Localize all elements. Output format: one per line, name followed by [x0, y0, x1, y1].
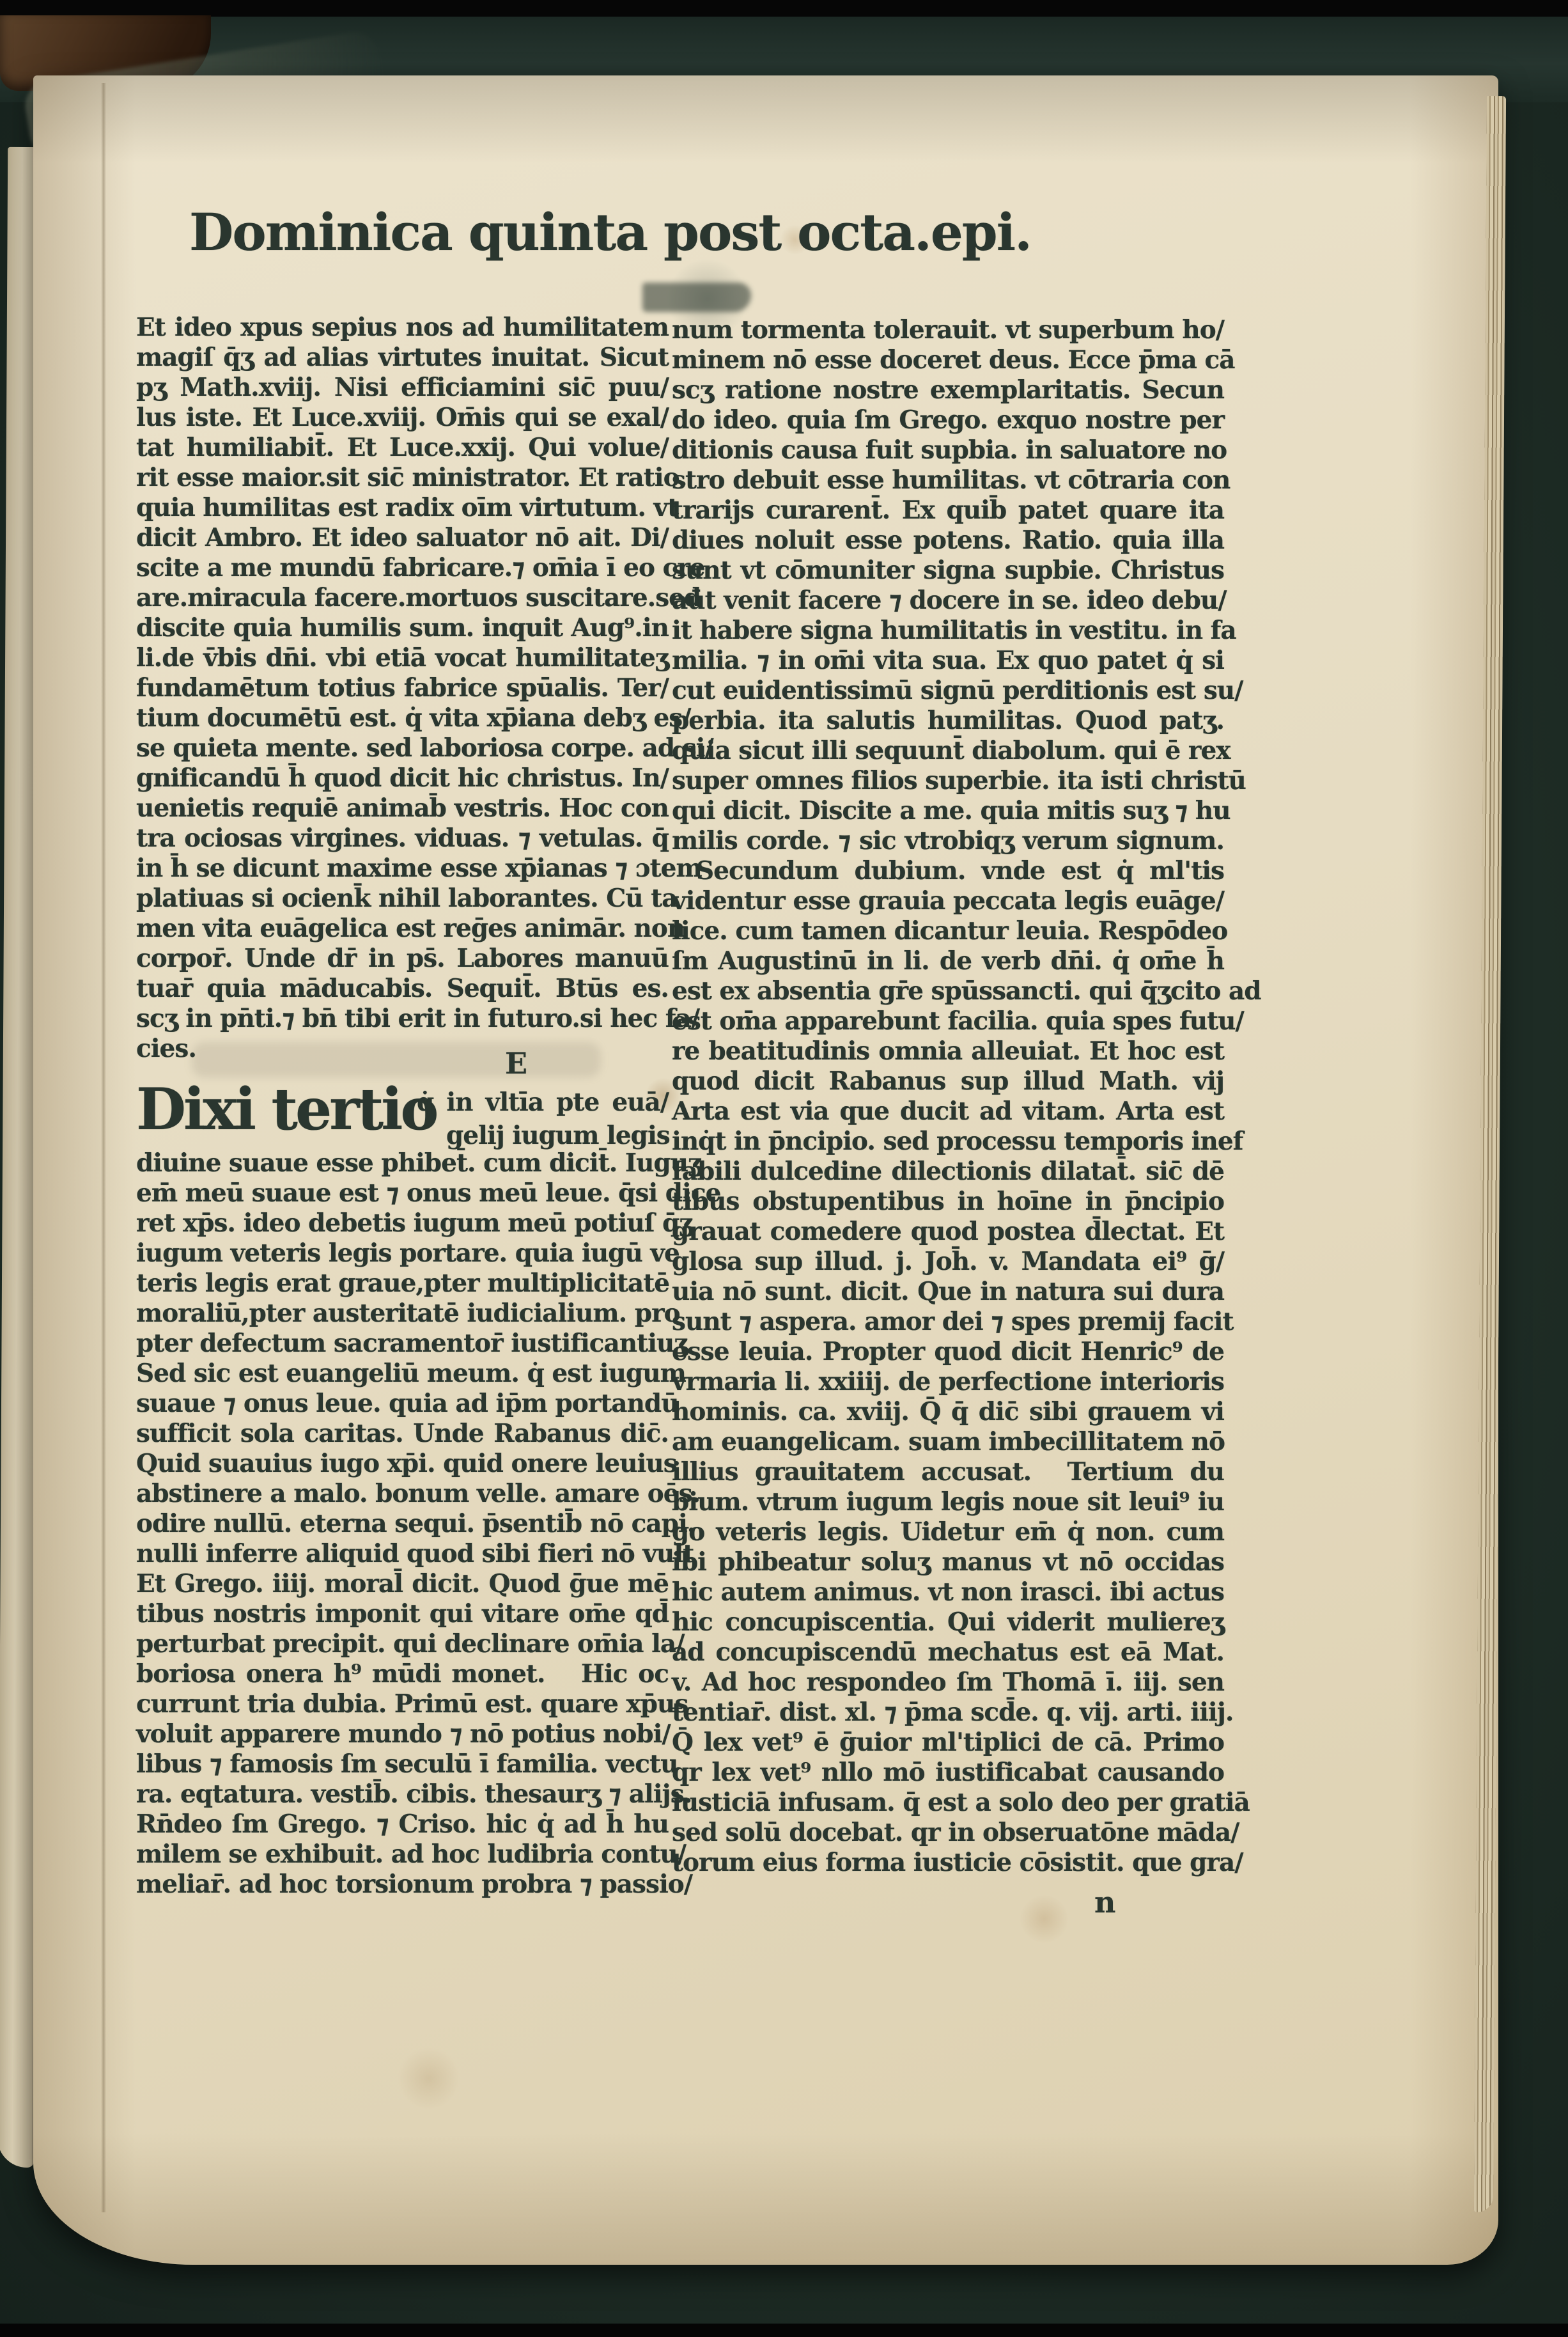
section-heading-sidelines: q̇ in vltīa pte euā/gelij iugum legis: [417, 1086, 669, 1152]
text-line: boriosa onera h⁹ mūdi monet. Hic oc: [136, 1659, 669, 1689]
text-line: fabili dulcedine dilectionis dilatat̄. s…: [672, 1157, 1224, 1187]
text-line: do ideo. quia ſm Grego. exquo nostre per: [672, 405, 1224, 435]
text-line: esse leuia. Propter quod dicit Henric⁹ d…: [672, 1337, 1224, 1367]
text-line: diues noluit esse potens. Ratio. quia il…: [672, 526, 1224, 556]
text-line: tra ociosas virgines. viduas. ⁊ vetulas.…: [136, 824, 669, 854]
text-line: ad concupiscendū mechatus est eā Mat.: [672, 1637, 1224, 1668]
right-column: num tormenta tolerauit. vt superbum ho/m…: [672, 315, 1224, 1878]
text-line: Arta est via que ducit ad vitam. Arta es…: [672, 1097, 1224, 1127]
text-line: minem nō esse doceret deus. Ecce p̄ma c…: [672, 345, 1224, 375]
text-line: scʒ ratione nostre exemplaritatis. Secun: [672, 375, 1224, 405]
page-title: Dominica quinta post octa.epi.: [189, 202, 1031, 262]
text-line: tibus nostris imponit qui vitare om̄e qd…: [136, 1599, 669, 1629]
text-line: tibus obstupentibus in hoīne in p̄ncipi…: [672, 1187, 1224, 1217]
text-line: meliar̄. ad hoc torsionum probra ⁊ passi…: [136, 1870, 669, 1900]
text-line: tentiar̄. dist. xl. ⁊ p̄ma scd̄e. q. vij…: [672, 1698, 1224, 1728]
text-line: fundamētum totius fabrice spūalis. Ter…: [136, 673, 669, 703]
text-line: gelij iugum legis: [417, 1119, 669, 1152]
text-line: est om̄a apparebunt facilia. quia spes f…: [672, 1006, 1224, 1036]
text-line: milis corde. ⁊ sic vtrobiqʒ verum signum…: [672, 826, 1224, 856]
text-line: hic concupiscentia. Qui viderit muliereʒ: [672, 1607, 1224, 1637]
text-line: perturbat precipit. qui declinare om̄ia …: [136, 1629, 669, 1659]
text-line: quod dicit Rabanus sup illud Math. vij: [672, 1067, 1224, 1097]
text-line: voluit apparere mundo ⁊ nō potius nobi/: [136, 1719, 669, 1749]
text-line: tat humiliabit̄. Et Luce.xxij. Qui volue…: [136, 433, 669, 463]
text-line: grauat comedere quod postea d̄lectat. Et: [672, 1217, 1224, 1247]
text-line: v. Ad hoc respondeo ſm Thomā ī. iij. s…: [672, 1668, 1224, 1698]
text-line: libus ⁊ famosis ſm seculū ī familia. v…: [136, 1749, 669, 1779]
text-line: iugum veteris legis portare. quia iugū …: [136, 1239, 669, 1269]
text-line: glosa sup illud. j. Joh̄. v. Mandata ei⁹…: [672, 1247, 1224, 1277]
text-line: q̇ in vltīa pte euā/: [417, 1086, 669, 1119]
scanned-book-photo: Dominica quinta post octa.epi. Et ideo x…: [0, 0, 1568, 2337]
text-line: cut euidentissimū signū perditionis es…: [672, 676, 1224, 706]
text-line: quia humilitas est radix oīm virtutum. …: [136, 493, 669, 523]
text-line: hominis. ca. xviij. Q̄ q̄ dic̄ sibi grau…: [672, 1397, 1224, 1427]
text-line: ibi phibeatur soluʒ manus vt nō occidas: [672, 1547, 1224, 1577]
text-line: Secundum dubium. vnde est q̇ ml'tis: [672, 856, 1224, 886]
text-line: currunt tria dubia. Primū est. quare xp…: [136, 1689, 669, 1719]
text-line: se quieta mente. sed laboriosa corpe. ad…: [136, 733, 669, 763]
text-line: trarijs curarent̄. Ex quib̄ patet quare …: [672, 496, 1224, 526]
text-line: sufficit sola caritas. Unde Rabanus dic̄…: [136, 1419, 669, 1449]
signature-mark: n: [1094, 1885, 1115, 1919]
text-line: Et ideo xpus sepius nos ad humilitatem: [136, 313, 669, 343]
text-line: sed solū docebat. qr in obseruatōne ma…: [672, 1818, 1224, 1848]
text-line: lice. cum tamen dicantur leuia. Respōde…: [672, 916, 1224, 946]
text-line: inq̇t in p̄ncipio. sed processu temporis…: [672, 1127, 1224, 1157]
text-line: scʒ in pn̄ti.⁊ bn̄ tibi erit in futuro.s…: [136, 1004, 669, 1034]
text-line: Sed sic est euangeliū meum. q̇ est iugu…: [136, 1359, 669, 1389]
text-line: ditionis causa fuit supbia. in saluatore…: [672, 435, 1224, 465]
text-line: hic autem animus. vt non irasci. ibi act…: [672, 1577, 1224, 1607]
text-line: videntur esse grauia peccata legis euāg…: [672, 886, 1224, 916]
text-line: uia nō sunt. dicit. Que in natura sui d…: [672, 1277, 1224, 1307]
text-line: discite quia humilis sum. inquit Aug⁹.in: [136, 613, 669, 643]
text-line: lus iste. Et Luce.xviij. Om̄is qui se ex…: [136, 403, 669, 433]
scan-edge-bottom: [0, 2324, 1568, 2337]
text-line: tium documе̄tū est. q̇ vita xp̄iana deb…: [136, 703, 669, 733]
text-line: in h̄ se dicunt maxime esse xp̄ianas ⁊ ɔ…: [136, 854, 669, 884]
text-line: men vita euāgelica est reḡes animār. …: [136, 914, 669, 944]
text-line: perbia. ita salutis humilitas. Quod patʒ…: [672, 706, 1224, 736]
text-line: Quid suauius iugo xp̄i. quid onere leuiu…: [136, 1449, 669, 1479]
guide-letter: E: [505, 1046, 527, 1081]
section-heading: Dixi tertio: [136, 1075, 421, 1143]
scan-edge-top: [0, 0, 1568, 18]
text-line: qui dicit. Discite a me. quia mitis suʒ …: [672, 796, 1224, 826]
text-line: nulli inferre aliquid quod sibi fieri no…: [136, 1539, 669, 1569]
text-line: em̄ meū suaue est ⁊ onus meū leue. q̄s…: [136, 1178, 669, 1208]
text-line: Rn̄deo ſm Grego. ⁊ Criso. hic q̇ ad h̄ h…: [136, 1809, 669, 1840]
text-line: ret xp̄s. ideo debetis iugum meū potiuſ…: [136, 1208, 669, 1239]
text-line: bium. vtrum iugum legis noue sit leui⁹ i…: [672, 1487, 1224, 1517]
text-line: rit esse maior.sit sic̄ ministrator. Et …: [136, 463, 669, 493]
text-line: platiuas si ocienk̄ nihil laborantes. Cu…: [136, 884, 669, 914]
text-line: stro debuit esse humilitas. vt cōtraria…: [672, 465, 1224, 496]
text-line: milem se exhibuit. ad hoc ludibria contu…: [136, 1840, 669, 1870]
text-line: tuar̄ quia māducabis. Sequit̄. Btūs es…: [136, 974, 669, 1004]
text-line: pter defectum sacramentor̄ iustificantiu…: [136, 1329, 669, 1359]
text-line: diuine suaue esse phibet̄. cum dicit̄. I…: [136, 1148, 669, 1178]
text-line: moraliū,pter austeritatē iudicialium. …: [136, 1299, 669, 1329]
text-line: ſm Augustinū in li. de verb dn̄i. q̇ om…: [672, 946, 1224, 976]
ink-smudge: [642, 283, 751, 312]
text-line: teris legis erat graue,pter multiplicita…: [136, 1269, 669, 1299]
text-line: am euangelicam. suam imbecillitatem nō: [672, 1427, 1224, 1457]
text-line: pʒ Math.xviij. Nisi efficiamini sic̄ puu…: [136, 373, 669, 403]
text-line: num tormenta tolerauit. vt superbum ho/: [672, 315, 1224, 345]
text-line: torum eius forma iusticie cōsistit. que…: [672, 1848, 1224, 1878]
gutter-crease: [101, 83, 106, 2212]
left-column-paragraph-2: diuine suaue esse phibet̄. cum dicit̄. I…: [136, 1148, 669, 1900]
text-line: odire nullū. eterna sequi. p̄sentib̄ no…: [136, 1509, 669, 1539]
text-line: est ex absentia gr̄e spūssancti. qui q̄…: [672, 976, 1224, 1006]
left-column-paragraph-1: Et ideo xpus sepius nos ad humilitatemma…: [136, 313, 669, 1064]
text-line: qr lex vet⁹ nllo mō iustificabat causan…: [672, 1758, 1224, 1788]
text-line: gnificandū h̄ quod dicit hic christus. …: [136, 763, 669, 793]
text-line: scite a me mundū fabricare.⁊ om̄ia ī e…: [136, 553, 669, 583]
text-line: it habere signa humilitatis in vestitu. …: [672, 616, 1224, 646]
text-line: re beatitudinis omnia alleuiat. Et hoc e…: [672, 1036, 1224, 1067]
text-line: uenietis requiē animab̄ vestris. Hoc co…: [136, 793, 669, 824]
text-line: super omnes filios superbie. ita isti ch…: [672, 766, 1224, 796]
text-line: li.de v̄bis dn̄i. vbi etiā vocat humili…: [136, 643, 669, 673]
text-line: go veteris legis. Uidetur em̄ q̇ non. cu…: [672, 1517, 1224, 1547]
text-line: are.miracula facere.mortuos suscitare.se…: [136, 583, 669, 613]
text-line: milia. ⁊ in om̄i vita sua. Ex quo patet …: [672, 646, 1224, 676]
text-line: Q̄ lex vet⁹ ē ḡuior ml'tiplici de cā.…: [672, 1728, 1224, 1758]
text-line: sunt vt cōmuniter signa supbie. Christu…: [672, 556, 1224, 586]
text-line: illius grauitatem accusat. Tertium du: [672, 1457, 1224, 1487]
text-line: vrmaria li. xxiiij. de perfectione inter…: [672, 1367, 1224, 1397]
text-line: aūt venit facere ⁊ docere in se. ideo d…: [672, 586, 1224, 616]
text-line: dicit Ambro. Et ideo saluator nō ait. D…: [136, 523, 669, 553]
text-line: cies.: [136, 1034, 669, 1064]
text-line: iusticiā infusam. q̄ est a solo deo per…: [672, 1788, 1224, 1818]
text-line: sunt ⁊ aspera. amor dei ⁊ spes premij fa…: [672, 1307, 1224, 1337]
text-line: magiſ q̄ʒ ad alias virtutes inuitat. Sic…: [136, 343, 669, 373]
text-line: Et Grego. iiij. moral̄ dicit. Quod ḡue …: [136, 1569, 669, 1599]
text-line: quia sicut illi sequunt̄ diabolum. qui e…: [672, 736, 1224, 766]
text-line: ra. eqtatura. vestib̄. cibis. thesaurʒ ⁊…: [136, 1779, 669, 1809]
text-line: abstinere a malo. bonum velle. amare oē…: [136, 1479, 669, 1509]
text-line: suaue ⁊ onus leue. quia ad ip̄m portandu…: [136, 1389, 669, 1419]
text-line: corpor̄. Unde dr̄ in ps̄. Labores manuū: [136, 944, 669, 974]
